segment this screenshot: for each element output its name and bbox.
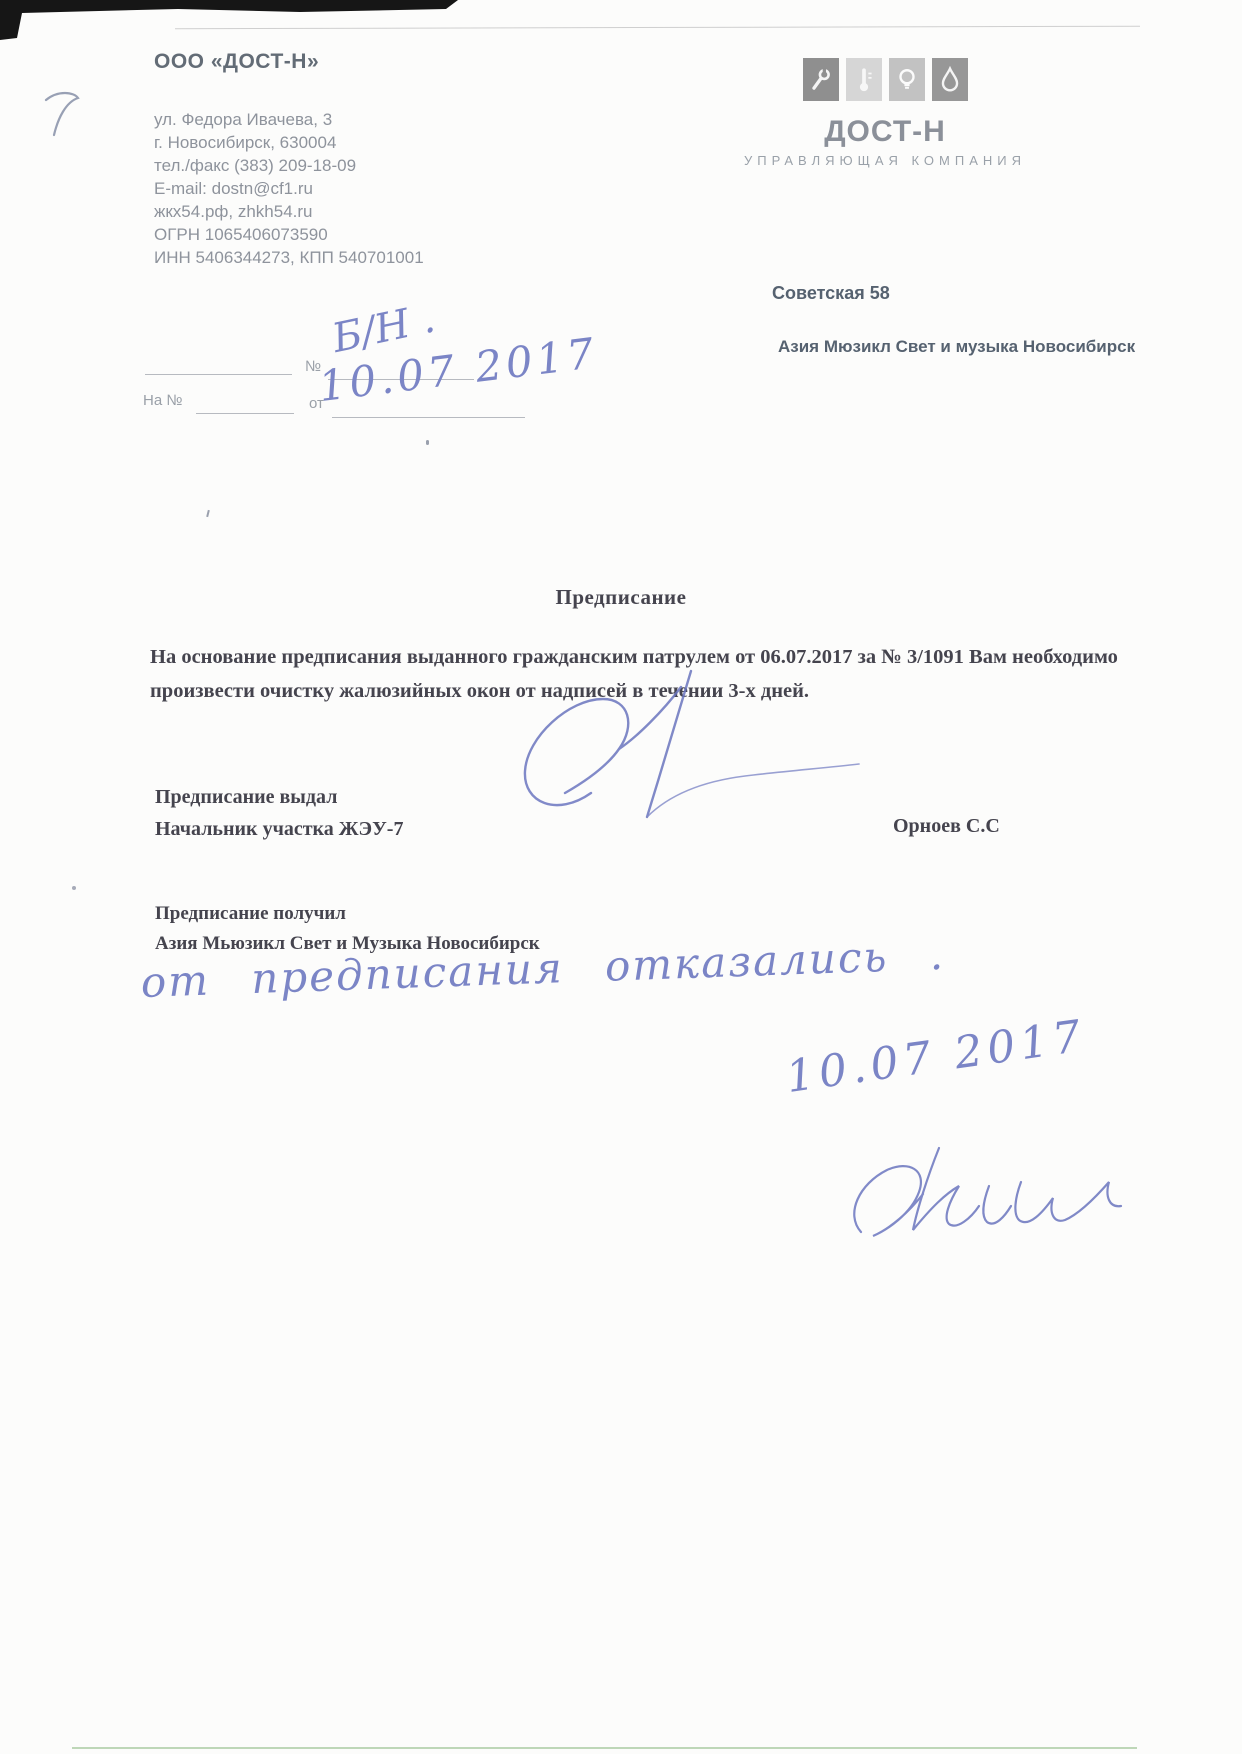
logo-tagline: УПРАВЛЯЮЩАЯ КОМПАНИЯ [700, 153, 1070, 168]
issued-by-position: Начальник участка ЖЭУ-7 [155, 818, 403, 841]
scan-speck [206, 510, 210, 517]
waterdrop-icon [932, 58, 968, 101]
document-title: Предписание [0, 585, 1242, 610]
address-line: жкх54.рф, zhkh54.ru [154, 200, 424, 223]
blank-rule [196, 413, 294, 414]
sender-address-block: ул. Федора Ивачева, 3 г. Новосибирск, 63… [154, 108, 424, 269]
recipient-name: Азия Мюзикл Свет и музыка Новосибирск [778, 337, 1135, 357]
handwritten-date: 10.07 2017 [783, 1010, 1089, 1103]
logo-brand-text: ДОСТ-Н [700, 115, 1070, 149]
address-line: ОГРН 1065406073590 [154, 223, 424, 246]
issuer-name: Орноев С.С [893, 815, 1000, 838]
pen-mark-left-margin [42, 88, 86, 140]
address-line: г. Новосибирск, 630004 [154, 131, 424, 154]
scanned-letter-page: ООО «ДОСТ-Н» ул. Федора Ивачева, 3 г. Но… [0, 0, 1242, 1754]
thermometer-icon [846, 58, 882, 101]
wrench-icon [803, 58, 839, 101]
issuer-signature [495, 665, 865, 830]
scan-corner-artifact [0, 0, 470, 46]
lightbulb-icon [889, 58, 925, 101]
recipient-address: Советская 58 [772, 283, 890, 304]
scan-speck [426, 440, 429, 445]
address-line: E-mail: dostn@cf1.ru [154, 177, 424, 200]
on-number-label: На № [143, 392, 182, 409]
logo-tiles [700, 58, 1070, 101]
blank-rule [145, 374, 292, 375]
address-line: тел./факс (383) 209-18-09 [154, 154, 424, 177]
company-logo: ДОСТ-Н УПРАВЛЯЮЩАЯ КОМПАНИЯ [700, 58, 1070, 168]
scan-bottom-edge-line [72, 1747, 1137, 1749]
sender-company-name: ООО «ДОСТ-Н» [154, 50, 319, 74]
address-line: ул. Федора Ивачева, 3 [154, 108, 424, 131]
recipient-signature [843, 1136, 1128, 1246]
address-line: ИНН 5406344273, КПП 540701001 [154, 246, 424, 269]
issued-by-caption: Предписание выдал [155, 786, 337, 809]
received-by-caption: Предписание получил [155, 903, 346, 925]
blank-rule [332, 417, 525, 418]
scan-speck [72, 886, 76, 890]
